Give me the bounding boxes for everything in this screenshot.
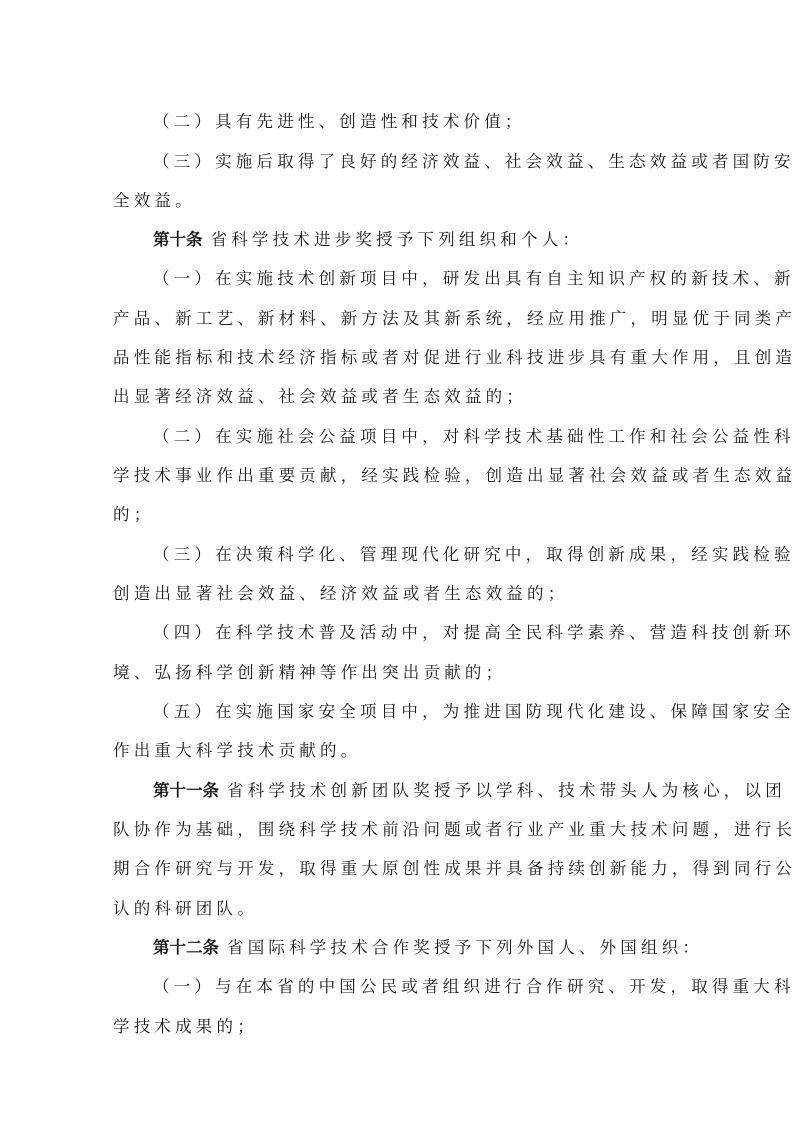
article-10-heading: 第十条 [153, 230, 203, 249]
article-12-heading: 第十二条 [153, 938, 219, 957]
article-11-continuation: 认的科研团队。 [113, 899, 693, 919]
article-10-text: 省科学技术进步奖授予下列组织和个人： [211, 230, 584, 249]
article-11-text: 省科学技术创新团队奖授予以学科、技术带头人为核心，以团 [227, 781, 786, 800]
article-11-line: 第十一条省科学技术创新团队奖授予以学科、技术带头人为核心，以团 [153, 781, 733, 801]
article-10-item-2-continuation: 的； [113, 505, 693, 525]
article-12-line: 第十二条省国际科学技术合作奖授予下列外国人、外国组织： [153, 938, 733, 958]
clause-2-line: （二）具有先进性、创造性和技术价值； [153, 112, 733, 132]
article-10-item-5-line: （五）在实施国家安全项目中，为推进国防现代化建设、保障国家安全 [153, 702, 733, 722]
article-10-line: 第十条省科学技术进步奖授予下列组织和个人： [153, 230, 733, 250]
article-12-item-1-continuation: 学技术成果的； [113, 1017, 693, 1037]
article-10-item-4-continuation: 境、弘扬科学创新精神等作出突出贡献的； [113, 663, 693, 683]
article-10-item-4-line: （四）在科学技术普及活动中，对提高全民科学素养、营造科技创新环 [153, 623, 733, 643]
clause-3-line: （三）实施后取得了良好的经济效益、社会效益、生态效益或者国防安 [153, 152, 733, 172]
article-11-continuation: 期合作研究与开发，取得重大原创性成果并具备持续创新能力，得到同行公 [113, 859, 693, 879]
article-12-item-1-line: （一）与在本省的中国公民或者组织进行合作研究、开发，取得重大科 [153, 977, 733, 997]
clause-3-continuation: 全效益。 [113, 191, 693, 211]
article-10-item-1-continuation: 品性能指标和技术经济指标或者对促进行业科技进步具有重大作用，且创造 [113, 348, 693, 368]
document-page: （二）具有先进性、创造性和技术价值； （三）实施后取得了良好的经济效益、社会效益… [0, 0, 793, 1122]
article-10-item-3-continuation: 创造出显著社会效益、经济效益或者生态效益的； [113, 584, 693, 604]
article-10-item-3-line: （三）在决策科学化、管理现代化研究中，取得创新成果，经实践检验， [153, 545, 733, 565]
article-10-item-1-continuation: 出显著经济效益、社会效益或者生态效益的； [113, 387, 693, 407]
article-10-item-1-continuation: 产品、新工艺、新材料、新方法及其新系统，经应用推广，明显优于同类产 [113, 309, 693, 329]
article-10-item-5-continuation: 作出重大科学技术贡献的。 [113, 741, 693, 761]
article-10-item-2-line: （二）在实施社会公益项目中，对科学技术基础性工作和社会公益性科 [153, 427, 733, 447]
article-11-heading: 第十一条 [153, 781, 219, 800]
article-12-text: 省国际科学技术合作奖授予下列外国人、外国组织： [227, 938, 703, 957]
article-10-item-2-continuation: 学技术事业作出重要贡献，经实践检验，创造出显著社会效益或者生态效益 [113, 466, 693, 486]
article-10-item-1-line: （一）在实施技术创新项目中，研发出具有自主知识产权的新技术、新 [153, 269, 733, 289]
article-11-continuation: 队协作为基础，围绕科学技术前沿问题或者行业产业重大技术问题，进行长 [113, 820, 693, 840]
